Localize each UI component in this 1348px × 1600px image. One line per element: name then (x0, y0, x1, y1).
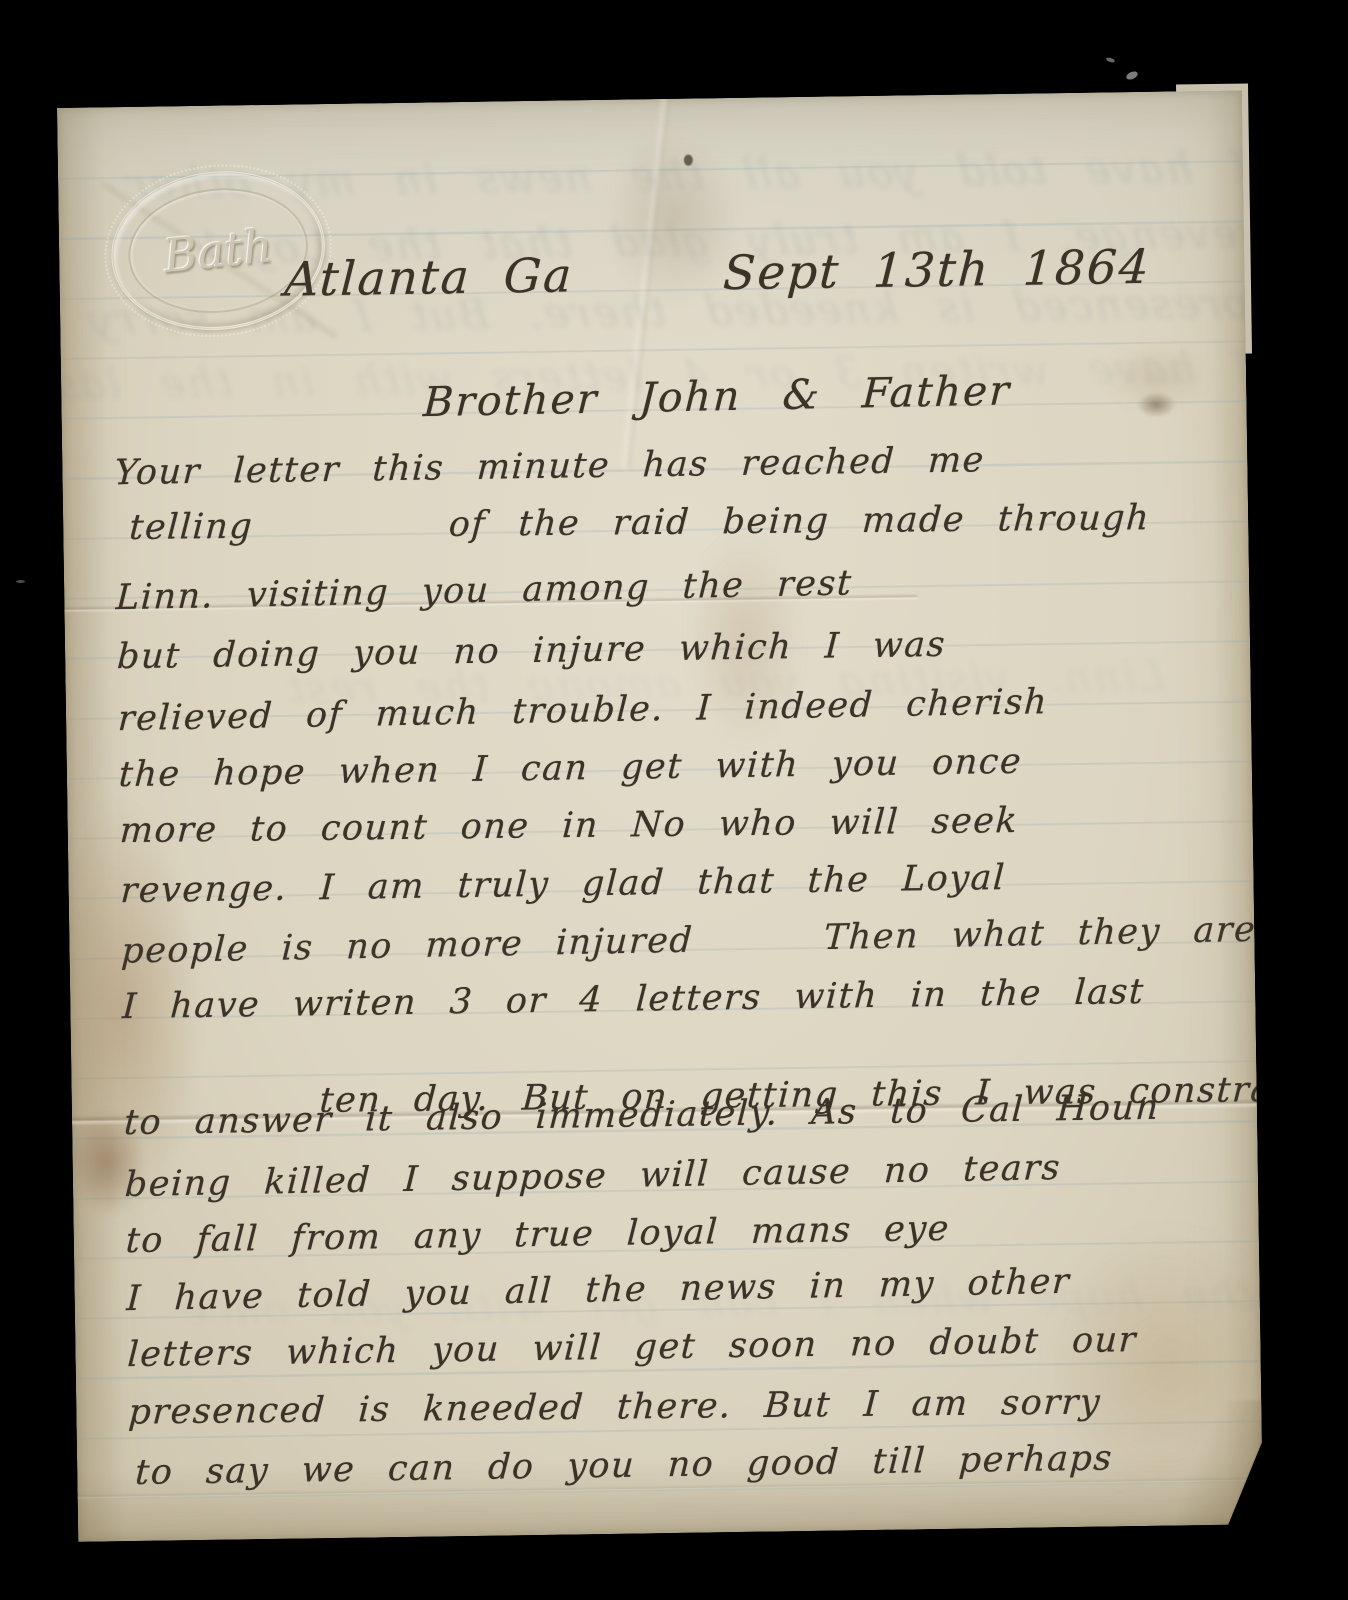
photo-background: I have told you all the news in my other… (0, 0, 1348, 1600)
debris-speck (1125, 70, 1139, 81)
heading-date: Sept 13th 1864 (722, 240, 1152, 301)
letter-page: I have told you all the news in my other… (57, 90, 1263, 1541)
folded-corner (1176, 1400, 1263, 1531)
debris-speck (1106, 57, 1116, 64)
heading-location: Atlanta Ga (283, 248, 575, 307)
debris-speck (16, 580, 25, 583)
